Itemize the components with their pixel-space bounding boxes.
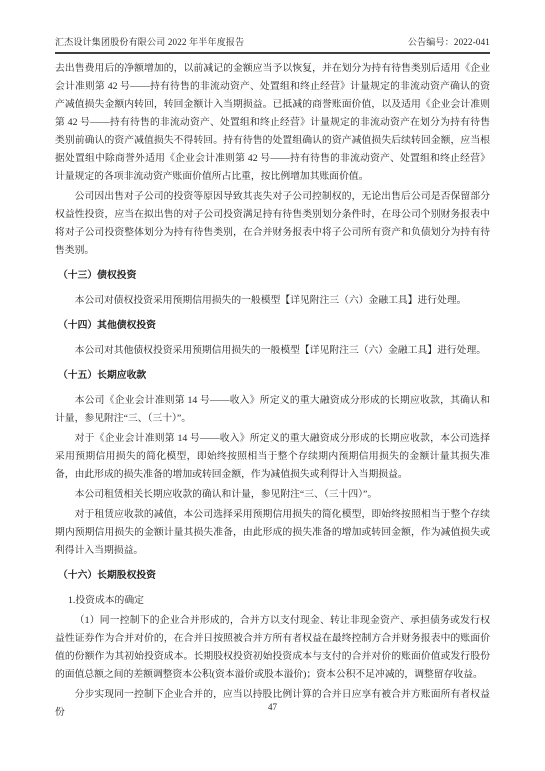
body-paragraph: 本公司租赁相关长期应收款的确认和计量，参见附注“三、（三十四）”。 xyxy=(55,486,490,504)
body-paragraph: 对于《企业会计准则第 14 号——收入》所定义的重大融资成分形成的长期应收款，本… xyxy=(55,430,490,484)
page-header: 汇杰设计集团股份有限公司 2022 年半年度报告 公告编号：2022-041 xyxy=(55,36,490,54)
section-heading: （十六）长期股权投资 xyxy=(55,567,490,585)
body-paragraph: 本公司《企业会计准则第 14 号——收入》所定义的重大融资成分形成的长期应收款，… xyxy=(55,392,490,428)
body-paragraph: 对于租赁应收款的减值，本公司选择采用预期信用损失的简化模型，即始终按照相当于整个… xyxy=(55,506,490,560)
body-paragraph: 公司因出售对子公司的投资等原因导致其丧失对子公司控制权的，无论出售后公司是否保留… xyxy=(55,188,490,260)
header-announcement-number: 公告编号：2022-041 xyxy=(408,36,490,48)
body-paragraph: （1）同一控制下的企业合并形成的，合并方以支付现金、转让非现金资产、承担债务或发… xyxy=(55,612,490,684)
report-page: 汇杰设计集团股份有限公司 2022 年半年度报告 公告编号：2022-041 去… xyxy=(0,0,545,771)
page-number: 47 xyxy=(268,702,277,712)
body-paragraph: 去出售费用后的净额增加的，以前减记的金额应当予以恢复，并在划分为持有待售类别后适… xyxy=(55,60,490,186)
page-footer: 47 xyxy=(0,702,545,712)
header-report-title: 汇杰设计集团股份有限公司 2022 年半年度报告 xyxy=(55,36,244,48)
numbered-subheading: 1.投资成本的确定 xyxy=(55,592,490,610)
section-heading: （十三）债权投资 xyxy=(55,267,490,285)
section-heading: （十五）长期应收款 xyxy=(55,367,490,385)
document-body: 去出售费用后的净额增加的，以前减记的金额应当予以恢复，并在划分为持有待售类别后适… xyxy=(55,60,490,722)
body-paragraph: 本公司对债权投资采用预期信用损失的一般模型【详见附注三（六）金融工具】进行处理。 xyxy=(55,292,490,310)
body-paragraph: 本公司对其他债权投资采用预期信用损失的一般模型【详见附注三（六）金融工具】进行处… xyxy=(55,342,490,360)
section-heading: （十四）其他债权投资 xyxy=(55,317,490,335)
